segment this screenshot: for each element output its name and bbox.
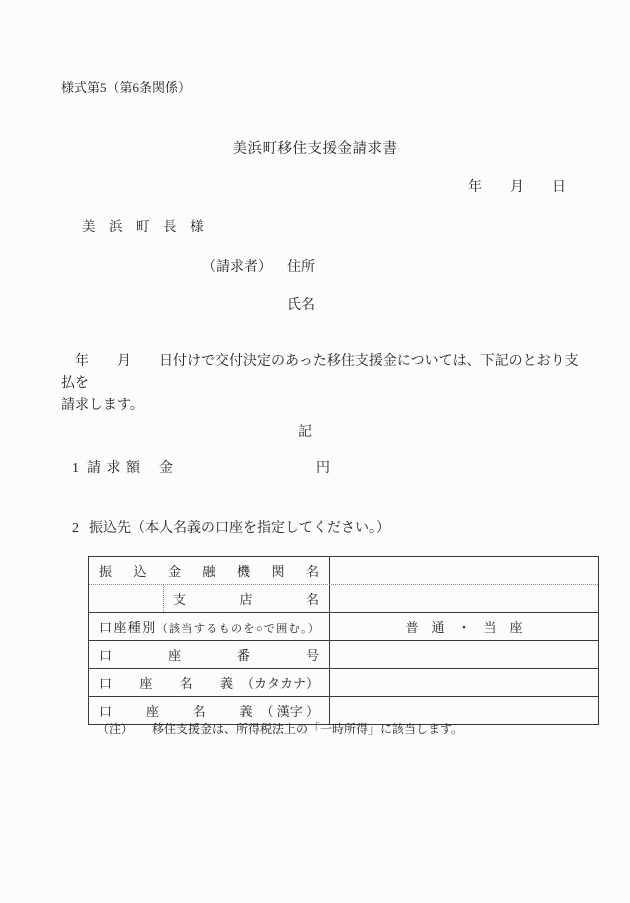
item-transfer-destination: 2振込先（本人名義の口座を指定してください。） <box>72 517 390 537</box>
item2-label: 振込先（本人名義の口座を指定してください。） <box>89 521 390 536</box>
table-row-account-number: 口座番号 <box>89 640 598 668</box>
row-label-cell: 振込金融機関名 <box>89 557 330 584</box>
financial-institution-value-cell <box>330 557 598 584</box>
branch-name-value-cell <box>330 585 598 612</box>
account-type-instruction: （該当するものを○で囲む。） <box>157 623 319 635</box>
account-number-label: 口座番号 <box>99 645 319 664</box>
row-label-cell: 口座種別（該当するものを○で囲む。） <box>89 613 330 640</box>
table-row-branch: 支店名 <box>89 584 598 612</box>
footnote-label: （注） <box>97 722 133 736</box>
item2-number: 2 <box>72 521 79 536</box>
dotted-divider <box>163 585 164 612</box>
currency-prefix: 金 <box>159 461 173 476</box>
item1-label: 請 求 額 <box>87 461 141 476</box>
row-label-cell: 口座番号 <box>89 641 330 668</box>
form-number: 様式第5（第6条関係） <box>61 77 191 96</box>
form-document-page: 様式第5（第6条関係） 美浜町移住支援金請求書 年 月 日 美 浜 町 長 様 … <box>0 0 630 903</box>
row-label-cell: 口座名義（カタカナ） <box>89 669 330 696</box>
katakana-suffix: （カタカナ） <box>241 673 319 692</box>
body-line-2: 請求します。 <box>61 395 586 417</box>
account-holder-kanji-label: 口座名義（ 漢字 ） <box>99 701 319 720</box>
body-line-1: 年 月 日付けで交付決定のあった移住支援金については、下記のとおり支払を <box>61 351 586 395</box>
body-paragraph: 年 月 日付けで交付決定のあった移住支援金については、下記のとおり支払を 請求し… <box>61 351 586 417</box>
financial-institution-label: 振込金融機関名 <box>99 561 319 580</box>
bank-account-table: 振込金融機関名 支店名 口座種別（該当するものを○で囲む。） 普 通 ・ 当 座… <box>88 556 599 725</box>
footnote-text: 移住支援金は、所得税法上の「一時所得」に該当します。 <box>152 722 463 736</box>
account-type-options: 普 通 ・ 当 座 <box>330 613 598 640</box>
account-type-label: 口座種別（該当するものを○で囲む。） <box>99 617 319 636</box>
footnote: （注）移住支援金は、所得税法上の「一時所得」に該当します。 <box>97 720 463 737</box>
account-holder-katakana-value-cell <box>330 669 598 696</box>
account-holder-katakana-label: 口座名義（カタカナ） <box>99 673 319 692</box>
table-row-financial-institution: 振込金融機関名 <box>89 557 598 584</box>
table-row-account-holder-katakana: 口座名義（カタカナ） <box>89 668 598 696</box>
document-title: 美浜町移住支援金請求書 <box>0 137 630 158</box>
address-label: 住所 <box>287 260 315 275</box>
branch-name-label: 支店名 <box>173 589 319 608</box>
account-number-value-cell <box>330 641 598 668</box>
row-label-cell: 支店名 <box>89 585 330 612</box>
item-claim-amount: 1請 求 額金円 <box>72 457 330 477</box>
table-row-account-type: 口座種別（該当するものを○で囲む。） 普 通 ・ 当 座 <box>89 612 598 640</box>
ki-heading: 記 <box>0 421 610 441</box>
addressee-line: 美 浜 町 長 様 <box>82 215 204 235</box>
kanji-suffix: （ 漢字 ） <box>260 701 319 720</box>
name-label: 氏名 <box>287 294 315 314</box>
requester-line: （請求者）住所 <box>202 256 315 276</box>
currency-unit: 円 <box>316 461 330 476</box>
requester-label: （請求者） <box>202 260 272 275</box>
date-line: 年 月 日 <box>468 176 566 196</box>
item1-number: 1 <box>72 461 79 476</box>
